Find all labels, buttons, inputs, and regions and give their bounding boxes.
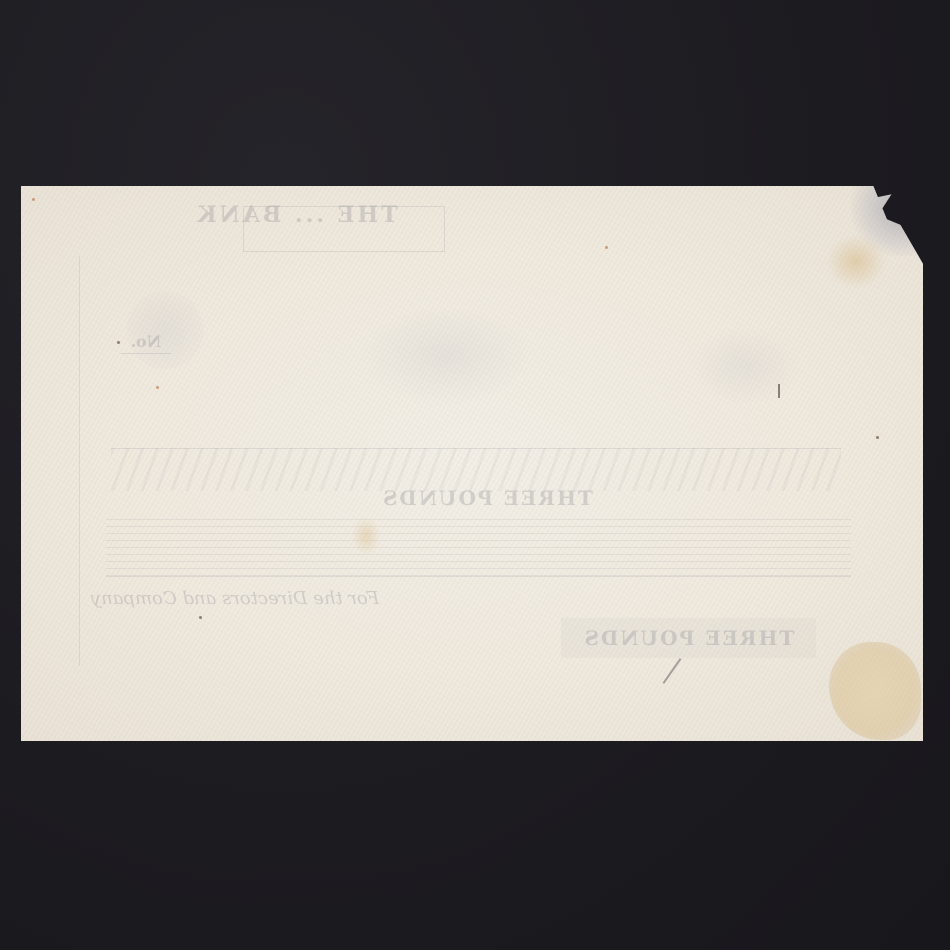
foxing-spot xyxy=(199,616,202,619)
right-vignette xyxy=(691,326,801,406)
banknote: THE ... BANK No. THREE POUNDS For the Di… xyxy=(21,186,923,741)
center-stain xyxy=(351,516,381,556)
foxing-spot xyxy=(605,246,608,249)
script-band xyxy=(111,448,841,491)
amount-words: THREE POUNDS xyxy=(381,486,593,510)
promise-text-block xyxy=(106,516,851,577)
amount-box: THREE POUNDS xyxy=(561,618,816,658)
foxing-spot xyxy=(32,198,35,201)
center-vignette xyxy=(361,306,531,406)
ink-mark xyxy=(778,384,780,398)
foxing-spot xyxy=(117,341,120,344)
directors-line: For the Directors and Company xyxy=(91,588,379,609)
foxing-spot xyxy=(156,386,159,389)
foxing-spot xyxy=(876,436,879,439)
banner-frame xyxy=(243,206,445,252)
number-badge: No. xyxy=(121,331,171,354)
left-vignette xyxy=(126,291,204,369)
